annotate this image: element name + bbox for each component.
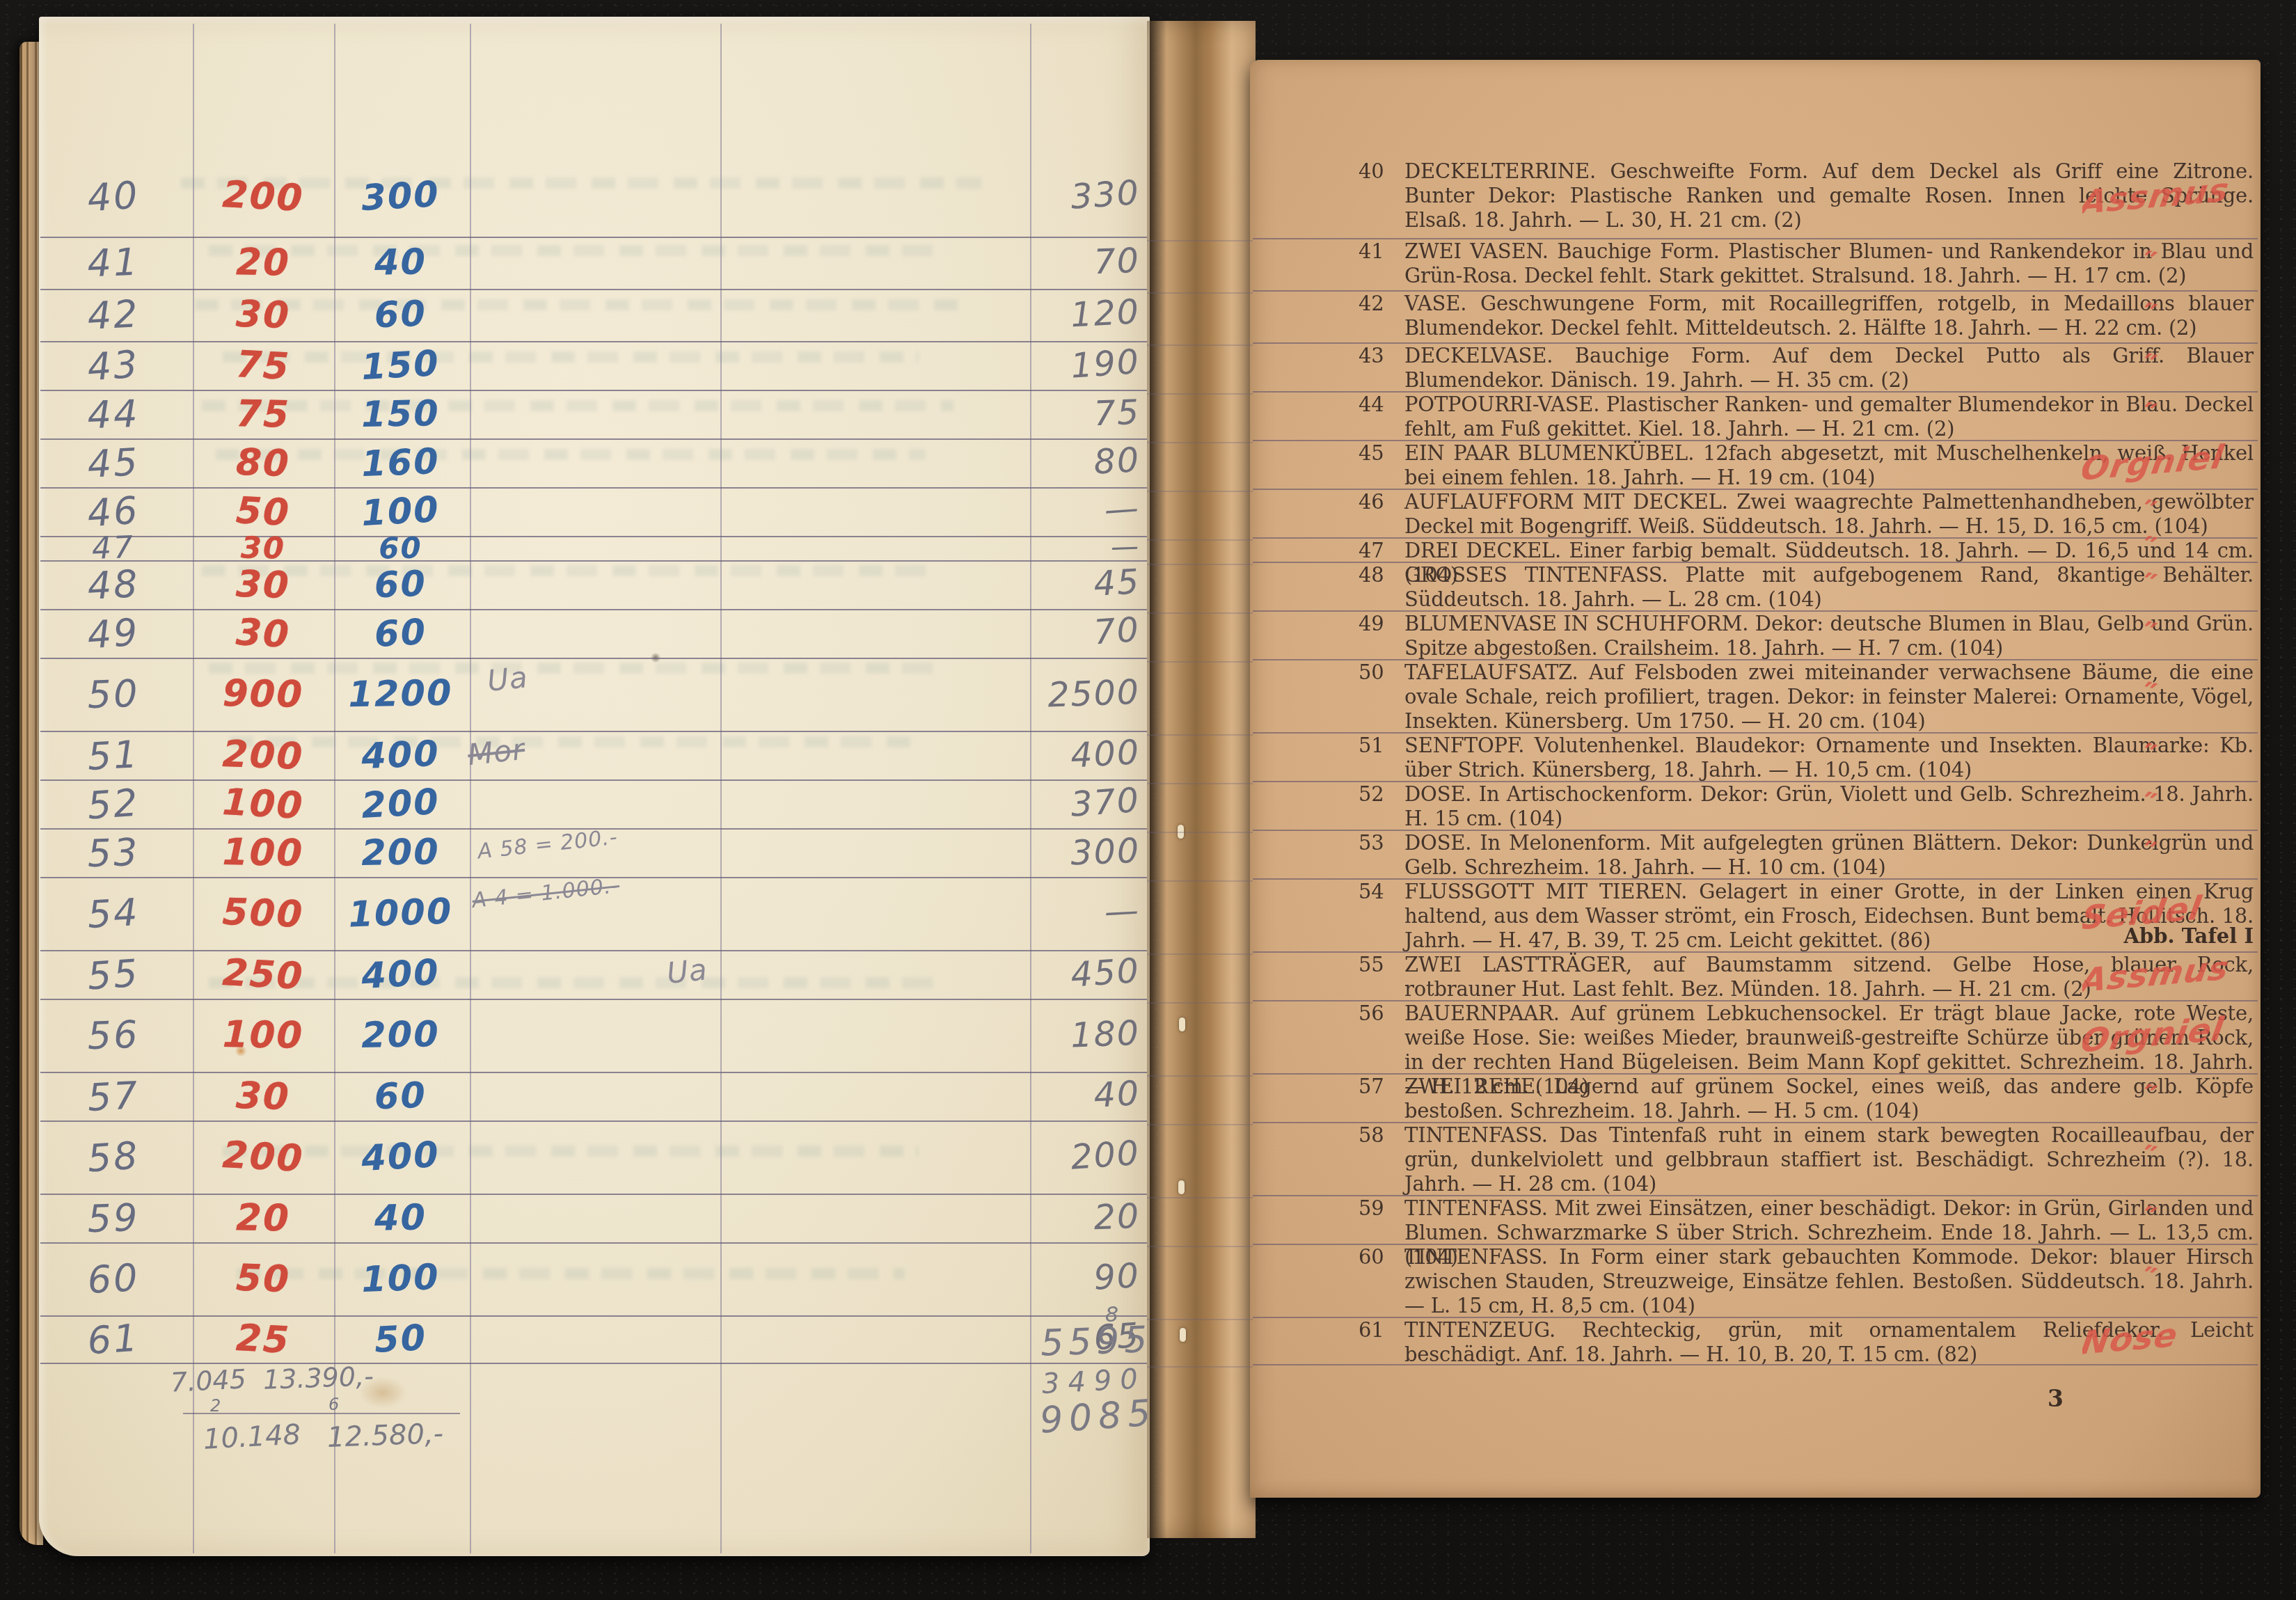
buyer-margin-annotation: Assmus — [2082, 950, 2265, 999]
ledger-limit-value: 150 — [325, 388, 475, 440]
buyer-name-note: Orgniel — [2082, 1010, 2227, 1060]
ledger-lot-number: 61 — [60, 1312, 167, 1366]
ledger-result-value: 2500 — [1009, 656, 1148, 734]
ditto-mark: ″ — [2138, 834, 2160, 871]
gutter-row-line — [1147, 783, 1253, 784]
ledger-estimate-value: 100 — [193, 827, 333, 878]
ledger-limit-value: 200 — [324, 775, 476, 832]
ledger-lot-number: 55 — [60, 946, 168, 1002]
gutter-row-line — [1147, 1366, 1253, 1368]
ditto-mark: ″ — [2138, 347, 2160, 384]
ledger-result-value: 45 — [1009, 557, 1148, 612]
buyer-margin-annotation: ″ — [2082, 1072, 2265, 1120]
catalog-entry-number: 54 — [1359, 880, 1384, 904]
binding-stitch — [1179, 1017, 1185, 1031]
scanned-auction-catalog-spread: 4020030033041204070423060120437515019044… — [0, 0, 2296, 1600]
ditto-mark: ″ — [2138, 1260, 2160, 1297]
buyer-margin-annotation: Orgniel — [2082, 438, 2265, 487]
ditto-mark: ″ — [2138, 1199, 2160, 1237]
buyer-margin-annotation: ″ — [2082, 487, 2265, 536]
book-gutter — [1147, 21, 1256, 1538]
gutter-row-line — [1147, 491, 1253, 492]
ledger-lot-number: 51 — [60, 728, 166, 782]
page-number: 3 — [2048, 1385, 2064, 1412]
ledger-estimate-value: 75 — [192, 338, 333, 393]
gutter-row-line — [1147, 442, 1253, 443]
catalog-entry-number: 50 — [1359, 660, 1384, 685]
ledger-limit-value: 60 — [325, 1069, 476, 1123]
gutter-row-line — [1147, 344, 1253, 346]
catalog-entry-number: 57 — [1359, 1075, 1384, 1099]
ledger-lot-number: 57 — [60, 1069, 166, 1123]
ledger-estimate-value: 250 — [192, 946, 333, 1002]
gutter-row-line — [1147, 1246, 1253, 1247]
ledger-lot-number: 43 — [60, 338, 168, 393]
totals-separator-line — [183, 1413, 460, 1414]
ledger-estimate-value: 20 — [193, 235, 333, 290]
gutter-row-line — [1147, 292, 1253, 294]
buyer-margin-annotation: ″ — [2082, 560, 2265, 609]
ledger-lot-number: 58 — [59, 1117, 168, 1197]
ditto-mark: ″ — [2138, 536, 2160, 560]
ledger-result-value: 330 — [1008, 152, 1150, 241]
gutter-row-line — [1147, 832, 1253, 833]
ledger-pencil-note: Mor — [466, 732, 527, 772]
ledger-limit-value: 40 — [325, 1192, 475, 1244]
catalog-entry-number: 49 — [1359, 612, 1384, 636]
ledger-result-value: 370 — [1009, 775, 1148, 833]
ledger-limit-value: 60 — [325, 557, 476, 611]
gutter-row-line — [1147, 661, 1253, 663]
buyer-margin-annotation: ″ — [2082, 779, 2265, 828]
ledger-lot-number: 56 — [60, 997, 167, 1073]
ledger-result-value: 90 — [1008, 1239, 1148, 1319]
buyer-margin-annotation: ″ — [2082, 289, 2265, 341]
buyer-margin-annotation: ″ — [2082, 1120, 2265, 1194]
ledger-result-value: 70 — [1010, 235, 1148, 292]
ditto-mark: ″ — [2138, 1077, 2160, 1115]
ditto-mark: ″ — [2138, 785, 2160, 823]
ledger-lot-number: 45 — [60, 436, 166, 490]
ledger-limit-value: 200 — [325, 997, 476, 1073]
ledger-result-value: 450 — [1009, 945, 1148, 1004]
ditto-mark: ″ — [2138, 296, 2160, 333]
ledger-limit-value: 400 — [324, 1116, 477, 1197]
gutter-row-line — [1147, 240, 1253, 241]
buyer-margin-annotation: ″ — [2082, 536, 2265, 560]
ledger-result-value: 40 — [1009, 1068, 1148, 1124]
buyer-margin-annotation: Orgniel — [2082, 999, 2265, 1072]
catalog-entry-number: 42 — [1359, 292, 1384, 316]
ledger-limit-value: 400 — [325, 728, 476, 782]
ledger-estimate-value: 50 — [192, 1240, 334, 1318]
ledger-limit-value: 1200 — [325, 656, 476, 732]
ledger-estimate-value: 200 — [191, 153, 335, 240]
buyer-margin-annotation: ″ — [2082, 828, 2265, 877]
buyer-margin-annotation: ″ — [2082, 341, 2265, 390]
ledger-limit-value: 400 — [324, 946, 476, 1002]
gutter-row-line — [1147, 1124, 1253, 1125]
ledger-limit-value: 60 — [326, 534, 476, 562]
gutter-row-line — [1147, 880, 1253, 882]
ledger-subtotal-blue-mark: 6 — [328, 1395, 339, 1414]
ledger-limit-value: 200 — [325, 827, 475, 878]
ditto-mark: ″ — [2138, 1138, 2160, 1175]
ledger-lot-number: 44 — [61, 388, 166, 440]
ledger-pencil-note: Ua — [665, 952, 709, 990]
ledger-limit-value: 40 — [325, 235, 475, 290]
ledger-limit-value: 1000 — [324, 874, 477, 952]
ledger-result-value: 180 — [1009, 997, 1148, 1075]
buyer-margin-annotation: ″ — [2082, 237, 2265, 289]
ledger-estimate-value: 200 — [193, 729, 333, 782]
ledger-lot-number: 48 — [60, 557, 166, 612]
ledger-result-value: — — [1008, 873, 1148, 953]
ditto-mark: ″ — [2138, 736, 2160, 774]
gutter-row-line — [1147, 1075, 1253, 1077]
catalog-entry-number: 47 — [1359, 539, 1384, 563]
ledger-lot-number: 53 — [61, 826, 166, 878]
catalog-entry-number: 45 — [1359, 441, 1384, 466]
binding-stitch — [1178, 1180, 1185, 1194]
catalog-entry-number: 55 — [1359, 953, 1384, 977]
ledger-result-value: 20 — [1010, 1191, 1148, 1245]
buyer-margin-annotation: Nose — [2082, 1315, 2265, 1363]
buyer-name-note: Assmus — [2082, 171, 2232, 222]
ledger-limit-value: 100 — [324, 1239, 477, 1317]
gutter-row-line — [1147, 734, 1253, 736]
catalog-entry-number: 61 — [1359, 1318, 1384, 1342]
ledger-limit-value: 60 — [325, 286, 476, 343]
ledger-estimate-value: 100 — [193, 997, 333, 1072]
fold-total-3: 9085 — [1038, 1392, 1158, 1442]
ledger-subtotal-red: 7.045 — [170, 1363, 247, 1398]
ledger-result-value: 80 — [1009, 435, 1148, 491]
ledger-estimate-value: 25 — [192, 1312, 333, 1366]
ditto-mark: ″ — [2138, 493, 2160, 530]
catalog-entry-number: 43 — [1359, 344, 1384, 368]
ditto-mark: ″ — [2138, 395, 2160, 433]
ledger-limit-value: 150 — [324, 337, 476, 393]
ledger-result-value: 190 — [1009, 336, 1148, 395]
ledger-lot-number: 59 — [61, 1191, 166, 1244]
ledger-total-red: 10.148 — [203, 1418, 301, 1455]
catalog-entry-number: 40 — [1359, 159, 1384, 184]
gutter-row-line — [1147, 612, 1253, 614]
gutter-row-line — [1147, 1002, 1253, 1004]
buyer-margin-annotation: Assmus — [2082, 157, 2265, 237]
catalog-entry-number: 51 — [1359, 734, 1384, 758]
fold-total-1: 5595 — [1040, 1319, 1153, 1365]
ledger-row-line — [40, 1363, 1147, 1364]
catalog-entry-number: 48 — [1359, 563, 1384, 587]
ditto-mark: ″ — [2138, 244, 2160, 281]
ledger-estimate-value: 80 — [193, 436, 333, 490]
ledger-estimate-value: 900 — [193, 656, 333, 731]
fold-total-1-correction: 8 — [1105, 1303, 1118, 1327]
plate-reference: Abb. Tafel I — [2046, 924, 2254, 948]
gutter-row-line — [1147, 1319, 1253, 1320]
ledger-estimate-value: 30 — [193, 1070, 333, 1123]
buyer-margin-annotation: ″ — [2082, 609, 2265, 658]
catalog-entry-number: 56 — [1359, 1001, 1384, 1026]
ledger-subtotal-blue: 13.390,- — [262, 1361, 374, 1395]
gutter-row-line — [1147, 1197, 1253, 1198]
catalog-entry-number: 53 — [1359, 831, 1384, 855]
ledger-result-value: 300 — [1010, 826, 1148, 880]
ledger-limit-value: 60 — [324, 605, 476, 661]
gutter-row-line — [1147, 564, 1253, 565]
ledger-lot-number: 52 — [60, 776, 168, 832]
ledger-estimate-value: 200 — [191, 1117, 334, 1197]
ledger-total-blue: 12.580,- — [326, 1418, 444, 1454]
ledger-limit-value: 160 — [325, 436, 476, 489]
ditto-mark: ″ — [2138, 566, 2160, 603]
buyer-margin-annotation: ″ — [2082, 731, 2265, 779]
catalog-entry-number: 59 — [1359, 1196, 1384, 1221]
ledger-lot-number: 41 — [61, 235, 167, 290]
gutter-row-line — [1147, 393, 1253, 395]
catalog-entry-number: 46 — [1359, 490, 1384, 514]
ledger-result-value: 75 — [1010, 388, 1148, 441]
ledger-lot-number: 54 — [59, 874, 167, 953]
binding-stitch — [1180, 1328, 1186, 1342]
ledger-lot-number: 40 — [58, 153, 168, 240]
ledger-limit-value: 50 — [324, 1311, 476, 1366]
ledger-pencil-note: Ua — [486, 660, 530, 698]
ledger-column-line — [720, 24, 722, 1553]
ledger-result-value: 70 — [1009, 604, 1148, 663]
ledger-lot-number: 50 — [60, 656, 167, 732]
buyer-margin-annotation: ″ — [2082, 1242, 2265, 1315]
ledger-lot-number: 60 — [59, 1239, 167, 1318]
ledger-result-value: 400 — [1009, 727, 1148, 783]
ledger-estimate-value: 75 — [193, 388, 333, 439]
buyer-margin-annotation: ″ — [2082, 390, 2265, 438]
ledger-lot-number: 49 — [60, 605, 168, 661]
buyer-margin-annotation: ″ — [2082, 658, 2265, 731]
ledger-limit-value: 300 — [324, 152, 477, 240]
ledger-result-value: 200 — [1008, 1116, 1150, 1198]
ledger-estimate-value: 100 — [192, 776, 333, 832]
ditto-mark: ″ — [2138, 615, 2160, 652]
ledger-estimate-value: 30 — [193, 287, 333, 344]
catalog-entry-number: 60 — [1359, 1245, 1384, 1269]
buyer-margin-annotation: ″ — [2082, 1194, 2265, 1242]
buyer-name-note: Nose — [2082, 1316, 2180, 1363]
gutter-row-line — [1147, 539, 1253, 541]
ledger-lot-number: 42 — [60, 286, 167, 344]
ledger-estimate-value: 20 — [193, 1192, 333, 1243]
ledger-estimate-value: 30 — [192, 605, 333, 661]
catalog-entry-number: 44 — [1359, 393, 1384, 417]
ledger-result-value: 120 — [1009, 285, 1148, 344]
ledger-estimate-value: 30 — [193, 534, 333, 561]
catalog-entry-number: 58 — [1359, 1123, 1384, 1148]
ledger-estimate-value: 500 — [192, 875, 334, 953]
ditto-mark: ″ — [2138, 675, 2160, 713]
gutter-row-line — [1147, 953, 1253, 955]
catalog-entry-number: 41 — [1359, 239, 1384, 264]
buyer-name-note: Orgniel — [2082, 438, 2227, 487]
catalog-entry-number: 52 — [1359, 782, 1384, 807]
buyer-name-note: Assmus — [2082, 950, 2232, 999]
ledger-estimate-value: 30 — [193, 558, 333, 612]
